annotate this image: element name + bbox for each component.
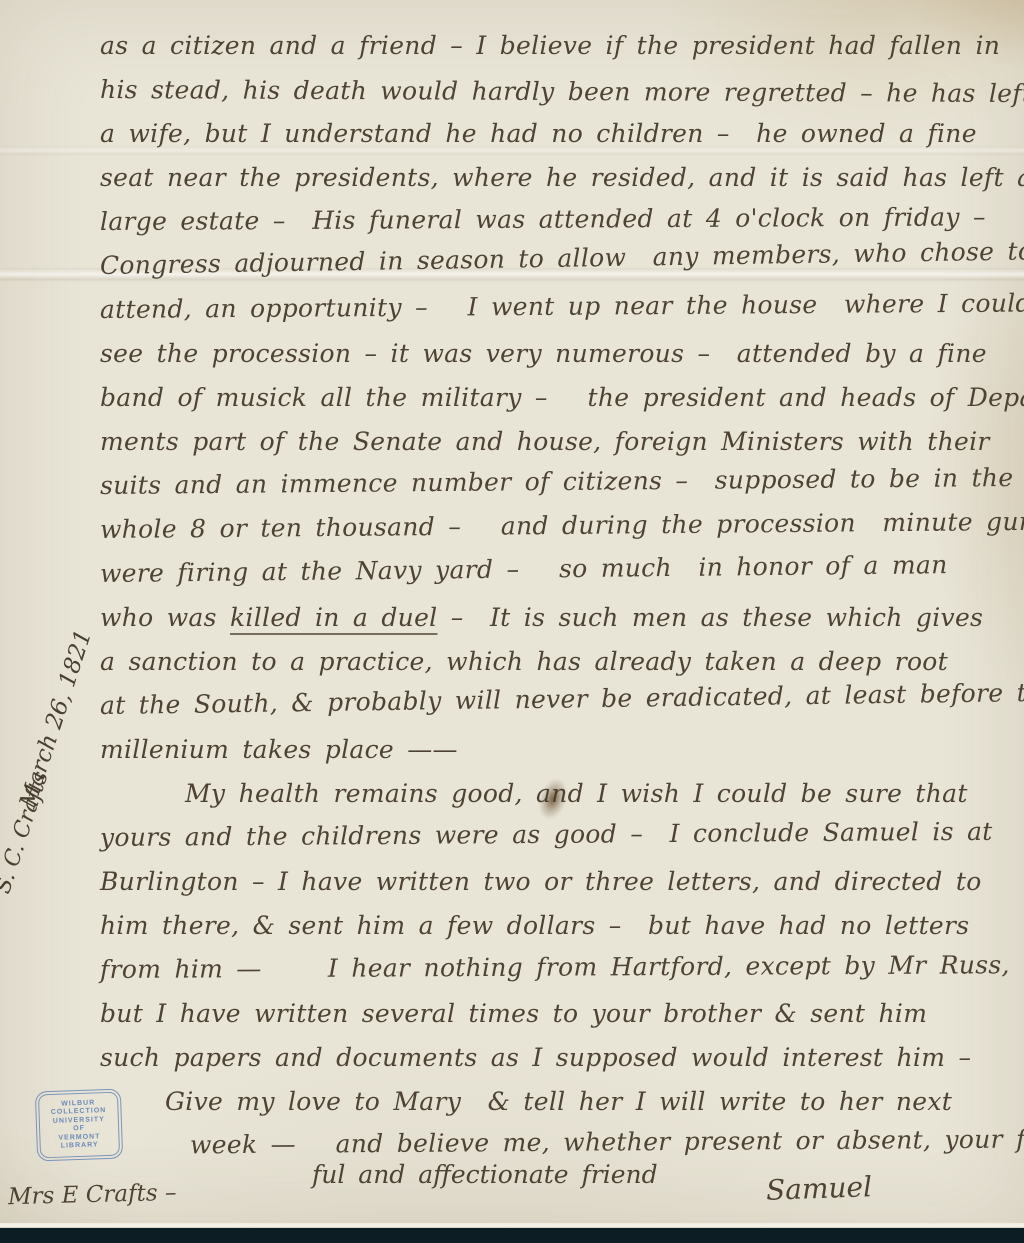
letter-line: seat near the presidents, where he resid… xyxy=(100,156,1005,200)
letter-text-segment: as a citizen and a friend – I believe if… xyxy=(100,31,1000,60)
letter-text-segment: were firing at the Navy yard – so much i… xyxy=(100,550,948,588)
letter-text-segment: his stead, his death would hardly been m… xyxy=(100,75,1024,108)
letter-text-segment: see the procession – it was very numerou… xyxy=(100,339,987,368)
letter-text-segment: large estate – His funeral was attended … xyxy=(100,202,986,236)
letter-text-segment: band of musick all the military – the pr… xyxy=(100,383,1024,412)
letter-line: My health remains good, and I wish I cou… xyxy=(100,772,1005,816)
scanned-letter-page: as a citizen and a friend – I believe if… xyxy=(0,0,1024,1243)
scanner-background xyxy=(0,1228,1024,1243)
letter-line: millenium takes place —— xyxy=(100,728,1005,772)
letter-text-segment: week — and believe me, whether present o… xyxy=(190,1124,1024,1159)
letter-text-segment: from him — I hear nothing from Hartford,… xyxy=(100,950,1010,984)
letter-line: were firing at the Navy yard – so much i… xyxy=(100,543,1005,596)
letter-paper: as a citizen and a friend – I believe if… xyxy=(0,0,1024,1229)
letter-line: but I have written several times to your… xyxy=(100,992,1005,1036)
letter-line: see the procession – it was very numerou… xyxy=(100,332,1005,376)
margin-note-date: March 26, 1821 xyxy=(11,615,101,823)
letter-text-segment: Burlington – I have written two or three… xyxy=(100,867,982,896)
letter-text-segment: but I have written several times to your… xyxy=(100,999,927,1028)
library-stamp: WILBUR COLLECTION UNIVERSITY OF VERMONT … xyxy=(35,1089,123,1162)
letter-text-segment: My health remains good, and I wish I cou… xyxy=(185,779,968,808)
letter-line: as a citizen and a friend – I believe if… xyxy=(100,24,1005,68)
letter-text-segment: – It is such men as these which gives xyxy=(437,603,983,632)
letter-body: as a citizen and a friend – I believe if… xyxy=(100,24,1005,1168)
letter-line: Give my love to Mary & tell her I will w… xyxy=(100,1080,1005,1124)
letter-line: him there, & sent him a few dollars – bu… xyxy=(100,904,1005,948)
letter-line: attend, an opportunity – I went up near … xyxy=(100,282,1005,332)
letter-text-segment: him there, & sent him a few dollars – bu… xyxy=(100,911,969,940)
letter-text-segment: whole 8 or ten thousand – and during the… xyxy=(100,507,1024,544)
letter-text-segment: seat near the presidents, where he resid… xyxy=(100,163,1024,192)
letter-line: a wife, but I understand he had no child… xyxy=(100,112,1005,156)
letter-text-segment: ments part of the Senate and house, fore… xyxy=(100,427,990,456)
letter-text-segment: a sanction to a practice, which has alre… xyxy=(100,647,948,676)
letter-line: Burlington – I have written two or three… xyxy=(100,860,1005,904)
letter-text-segment: Give my love to Mary & tell her I will w… xyxy=(165,1087,952,1116)
letter-line: suits and an immence number of citizens … xyxy=(100,456,1005,508)
signature: Samuel xyxy=(765,1170,872,1207)
letter-text-segment: a wife, but I understand he had no child… xyxy=(100,119,977,148)
underlined-phrase: killed in a duel xyxy=(230,603,437,632)
letter-line: band of musick all the military – the pr… xyxy=(100,376,1005,420)
letter-text-segment: such papers and documents as I supposed … xyxy=(100,1043,971,1072)
letter-text-segment: millenium takes place —— xyxy=(100,735,458,764)
letter-text-segment: at the South, & probably will never be e… xyxy=(100,678,1024,720)
letter-text-segment: who was xyxy=(100,603,230,632)
letter-text-segment: suits and an immence number of citizens … xyxy=(100,463,1014,500)
letter-line: yours and the childrens were as good – I… xyxy=(100,810,1005,860)
stamp-line: LIBRARY xyxy=(41,1141,119,1152)
letter-text-segment: attend, an opportunity – I went up near … xyxy=(100,288,1024,324)
letter-line: his stead, his death would hardly been m… xyxy=(100,68,1005,116)
letter-line: who was killed in a duel – It is such me… xyxy=(100,596,1005,640)
letter-line: such papers and documents as I supposed … xyxy=(100,1036,1005,1080)
closing-line: ful and affectionate friend xyxy=(312,1160,658,1189)
letter-line: from him — I hear nothing from Hartford,… xyxy=(100,943,1005,992)
addressee-note: Mrs E Crafts – xyxy=(8,1180,177,1210)
letter-text-segment: Congress adjourned in season to allow an… xyxy=(100,236,1024,280)
letter-text-segment: yours and the childrens were as good – I… xyxy=(100,817,993,852)
